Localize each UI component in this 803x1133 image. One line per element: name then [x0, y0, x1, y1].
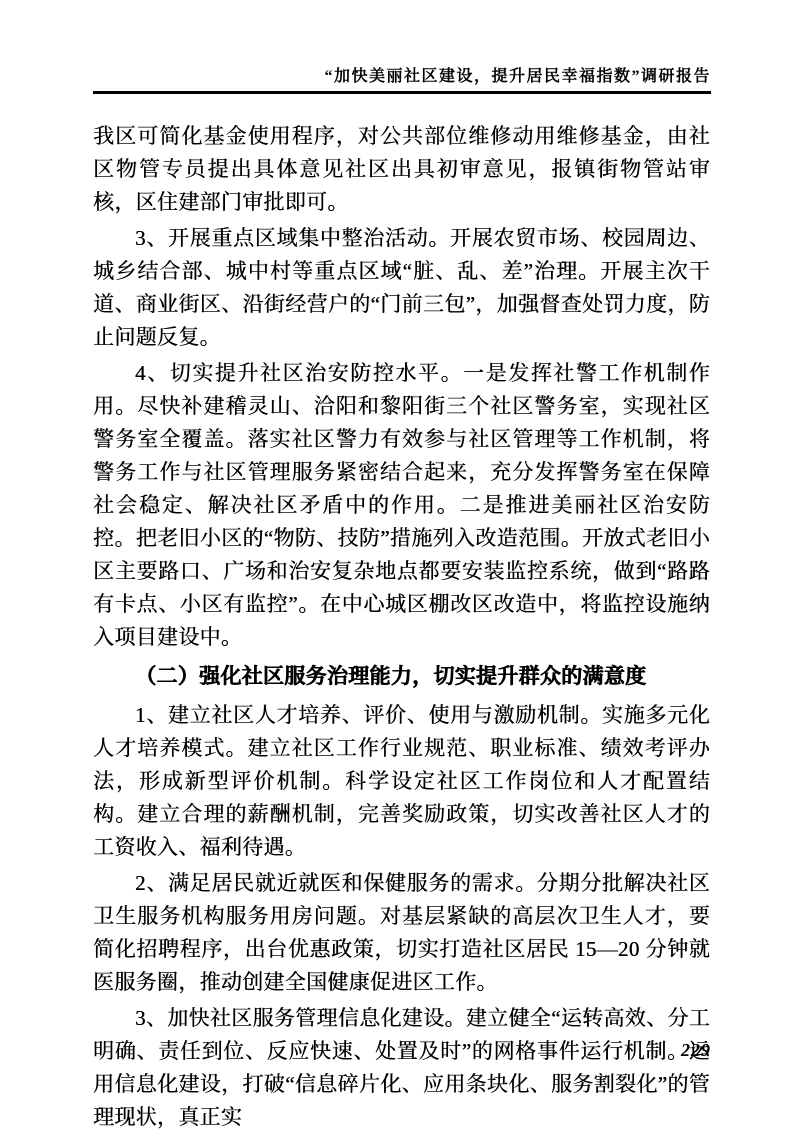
body-paragraph: 2、满足居民就近就医和保健服务的需求。分期分批解决社区卫生服务机构服务用房问题。… [93, 867, 710, 999]
document-page: “加快美丽社区建设，提升居民幸福指数”调研报告 我区可简化基金使用程序，对公共部… [0, 0, 803, 1133]
document-body: 我区可简化基金使用程序，对公共部位维修动用维修基金，由社区物管专员提出具体意见社… [93, 117, 710, 1133]
body-paragraph: 3、开展重点区域集中整治活动。开展农贸市场、校园周边、城乡结合部、城中村等重点区… [93, 222, 710, 354]
page-number: 229 [681, 1040, 711, 1061]
section-heading: （二）强化社区服务治理能力，切实提升群众的满意度 [93, 660, 710, 693]
page-header: “加快美丽社区建设，提升居民幸福指数”调研报告 [93, 66, 711, 94]
body-paragraph: 3、加快社区服务管理信息化建设。建立健全“运转高效、分工明确、责任到位、反应快速… [93, 1002, 710, 1133]
body-paragraph: 我区可简化基金使用程序，对公共部位维修动用维修基金，由社区物管专员提出具体意见社… [93, 120, 710, 219]
body-paragraph: 1、建立社区人才培养、评价、使用与激励机制。实施多元化人才培养模式。建立社区工作… [93, 699, 710, 864]
header-rule [93, 91, 711, 94]
header-title: “加快美丽社区建设，提升居民幸福指数”调研报告 [93, 66, 711, 91]
body-paragraph: 4、切实提升社区治安防控水平。一是发挥社警工作机制作用。尽快补建稽灵山、洽阳和黎… [93, 357, 710, 654]
